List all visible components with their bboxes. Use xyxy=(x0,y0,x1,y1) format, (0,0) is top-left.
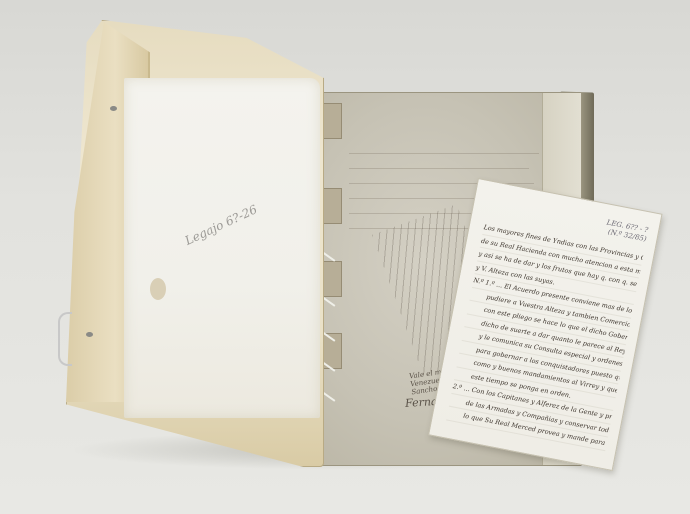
tie-hole xyxy=(110,106,117,111)
photo-scene: Vale el mismo Venezuela / Berge Sancho N… xyxy=(0,0,690,514)
faded-text-line xyxy=(349,153,539,154)
binding-tie-loop xyxy=(58,312,72,366)
faded-text-line xyxy=(349,168,529,169)
tie-hole xyxy=(86,332,93,337)
left-pastedown-paper xyxy=(124,78,320,418)
paper-stain xyxy=(150,278,166,300)
archive-reference: LEG. 6?? - ? (N.º 32/85) xyxy=(604,218,649,244)
